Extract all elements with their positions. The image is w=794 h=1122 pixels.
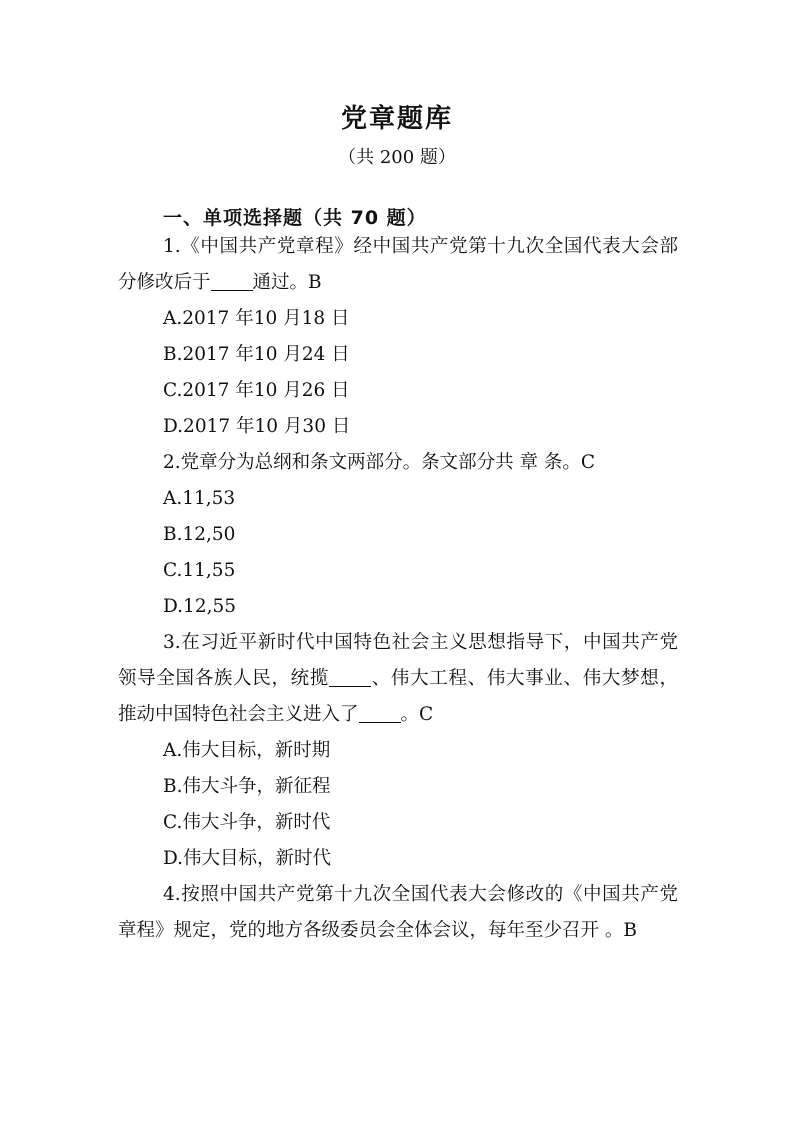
question-list: 1.《中国共产党章程》经中国共产党第十九次全国代表大会部分修改后于通过。B A.… [118, 229, 678, 949]
fill-blank [359, 700, 401, 723]
question-text: 4.按照中国共产党第十九次全国代表大会修改的《中国共产党章程》规定，党的地方各级… [118, 877, 678, 949]
question-text-part: 通过。B [253, 272, 322, 293]
fill-blank [329, 664, 371, 687]
question-3: 3.在习近平新时代中国特色社会主义思想指导下，中国共产党领导全国各族人民，统揽、… [118, 625, 678, 877]
option-b: B.2017 年10 月24 日 [118, 337, 678, 373]
option-a: A.伟大目标，新时期 [118, 733, 678, 769]
question-4: 4.按照中国共产党第十九次全国代表大会修改的《中国共产党章程》规定，党的地方各级… [118, 877, 678, 949]
option-d: D.12,55 [118, 589, 678, 625]
document-subtitle: （共 200 题） [0, 143, 794, 169]
option-c: C.2017 年10 月26 日 [118, 373, 678, 409]
question-1: 1.《中国共产党章程》经中国共产党第十九次全国代表大会部分修改后于通过。B A.… [118, 229, 678, 445]
question-text: 3.在习近平新时代中国特色社会主义思想指导下，中国共产党领导全国各族人民，统揽、… [118, 625, 678, 733]
section-heading: 一、单项选择题（共 70 题） [163, 203, 427, 230]
document-title: 党章题库 [0, 98, 794, 135]
fill-blank [211, 268, 253, 291]
option-b: B.12,50 [118, 517, 678, 553]
option-c: C.伟大斗争，新时代 [118, 805, 678, 841]
question-text-part: 1.《中国共产党章程》经中国共产党第十九次全国代表大会部分修改后于 [118, 236, 678, 293]
question-2: 2.党章分为总纲和条文两部分。条文部分共 章 条。C A.11,53 B.12,… [118, 445, 678, 625]
option-a: A.11,53 [118, 481, 678, 517]
option-b: B.伟大斗争，新征程 [118, 769, 678, 805]
question-text: 2.党章分为总纲和条文两部分。条文部分共 章 条。C [118, 445, 678, 481]
option-c: C.11,55 [118, 553, 678, 589]
option-d: D.伟大目标，新时代 [118, 841, 678, 877]
question-text-part: 。C [401, 704, 434, 725]
option-d: D.2017 年10 月30 日 [118, 409, 678, 445]
question-text: 1.《中国共产党章程》经中国共产党第十九次全国代表大会部分修改后于通过。B [118, 229, 678, 301]
option-a: A.2017 年10 月18 日 [118, 301, 678, 337]
